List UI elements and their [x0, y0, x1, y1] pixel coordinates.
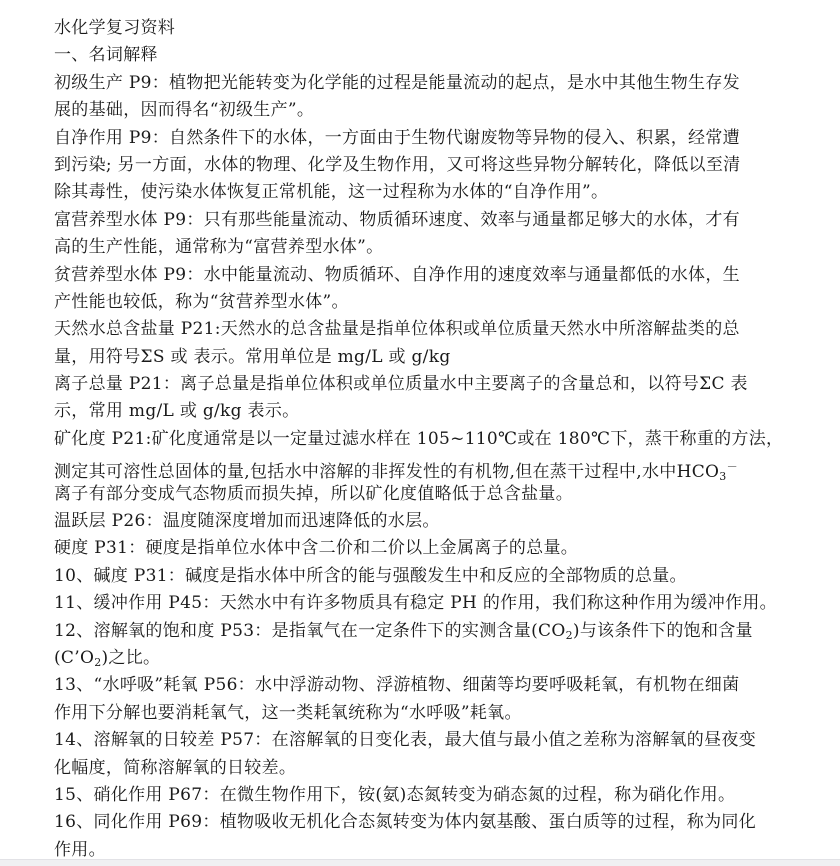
text-line: 14、溶解氧的日较差 P57：在溶解氧的日变化表，最大值与最小值之差称为溶解氧的… — [54, 727, 789, 754]
document-title: 水化学复习资料 — [54, 15, 789, 42]
text-line: 13、“水呼吸”耗氧 P56：水中浮游动物、浮游植物、细菌等均要呼吸耗氧，有机物… — [54, 672, 789, 699]
text-segment: )与该条件下的饱和含量 — [573, 621, 753, 641]
text-line: 16、同化作用 P69：植物吸收无机化合态氮转变为体内氨基酸、蛋白质等的过程，称… — [54, 809, 789, 836]
text-line: 化幅度，简称溶解氧的日较差。 — [54, 755, 789, 782]
text-line-co2: 12、溶解氧的饱和度 P53：是指氧气在一定条件下的实测含量(CO2)与该条件下… — [54, 618, 789, 645]
text-line: 富营养型水体 P9：只有那些能量流动、物质循环速度、效率与通量都足够大的水体，才… — [54, 207, 789, 234]
formula-subscript: 3 — [719, 470, 726, 483]
formula-subscript: 2 — [94, 656, 101, 669]
text-line: 硬度 P31：硬度是指单位水体中含二价和二价以上金属离子的总量。 — [54, 535, 789, 562]
text-line: 展的基础，因而得名“初级生产”。 — [54, 97, 789, 124]
page-bottom-edge — [0, 859, 840, 866]
text-line: 到污染; 另一方面，水体的物理、化学及生物作用，又可将这些异物分解转化，降低以至… — [54, 152, 789, 179]
text-line: 贫营养型水体 P9：水中能量流动、物质循环、自净作用的速度效率与通量都低的水体，… — [54, 262, 789, 289]
document-page: 水化学复习资料 一、名词解释 初级生产 P9：植物把光能转变为化学能的过程是能量… — [54, 15, 789, 864]
text-line: 作用下分解也要消耗氧气，这一类耗氧统称为“水呼吸”耗氧。 — [54, 700, 789, 727]
text-line: 自净作用 P9：自然条件下的水体，一方面由于生物代谢废物等异物的侵入、积累，经常… — [54, 125, 789, 152]
text-line: 初级生产 P9：植物把光能转变为化学能的过程是能量流动的起点，是水中其他生物生存… — [54, 70, 789, 97]
text-line: 除其毒性，使污染水体恢复正常机能，这一过程称为水体的“自净作用”。 — [54, 179, 789, 206]
text-segment: 测定其可溶性总固体的量,包括水中溶解的非挥发性的有机物,但在蒸干过程中,水中 — [54, 462, 677, 482]
text-line-c-o2: (C’O2)之比。 — [54, 645, 789, 672]
formula-superscript: － — [727, 460, 738, 473]
text-line: 11、缓冲作用 P45：天然水中有许多物质具有稳定 PH 的作用，我们称这种作用… — [54, 590, 789, 617]
text-line: 天然水总含盐量 P21:天然水的总含盐量是指单位体积或单位质量天然水中所溶解盐类… — [54, 316, 789, 343]
formula-base: HCO — [677, 462, 720, 482]
text-line: 高的生产性能，通常称为“富营养型水体”。 — [54, 234, 789, 261]
text-line: 15、硝化作用 P67：在微生物作用下，铵(氨)态氮转变为硝态氮的过程，称为硝化… — [54, 782, 789, 809]
text-line: 矿化度 P21:矿化度通常是以一定量过滤水样在 105~110℃或在 180℃下… — [54, 426, 789, 453]
text-segment: 12、溶解氧的饱和度 P53：是指氧气在一定条件下的实测含量(CO — [54, 621, 566, 641]
text-line: 量，用符号ΣS 或 表示。常用单位是 mg/L 或 g/kg — [54, 344, 789, 371]
text-line-hco3: 测定其可溶性总固体的量,包括水中溶解的非挥发性的有机物,但在蒸干过程中,水中HC… — [54, 453, 789, 480]
text-segment: (C’O — [54, 648, 94, 668]
text-line: 离子总量 P21：离子总量是指单位体积或单位质量水中主要离子的含量总和，以符号Σ… — [54, 371, 789, 398]
section-heading: 一、名词解释 — [54, 42, 789, 69]
text-line: 10、碱度 P31：碱度是指水体中所含的能与强酸发生中和反应的全部物质的总量。 — [54, 563, 789, 590]
text-line: 产性能也较低，称为“贫营养型水体”。 — [54, 289, 789, 316]
formula-hco3: HCO3－ — [677, 462, 738, 482]
text-line: 离子有部分变成气态物质而损失掉，所以矿化度值略低于总含盐量。 — [54, 481, 789, 508]
text-line: 示，常用 mg/L 或 g/kg 表示。 — [54, 398, 789, 425]
text-segment: )之比。 — [102, 648, 161, 668]
formula-subscript: 2 — [566, 629, 573, 642]
text-line: 温跃层 P26：温度随深度增加而迅速降低的水层。 — [54, 508, 789, 535]
